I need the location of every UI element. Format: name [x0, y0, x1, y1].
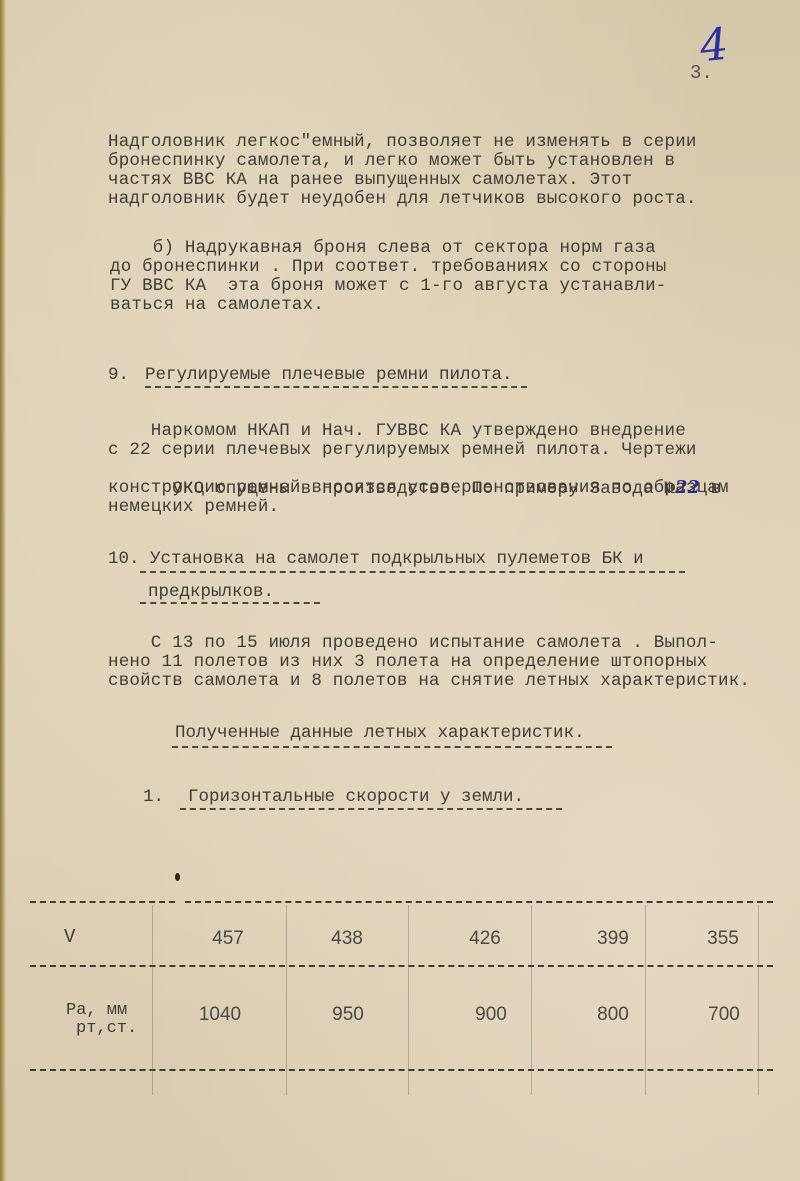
- column-divider: [152, 905, 153, 1095]
- section-title-line: предкрылков.: [148, 583, 274, 602]
- heading-underline: [172, 746, 612, 748]
- row-label-line: рт,ст.: [76, 1020, 137, 1038]
- text-line: ваться на самолетах.: [110, 296, 324, 315]
- table-cell: 950: [288, 1004, 408, 1026]
- text-line: немецких ремней.: [108, 498, 279, 517]
- section-number: 9.: [108, 366, 129, 385]
- table-cell: 700: [664, 1004, 784, 1026]
- typed-page-number: 3.: [690, 62, 713, 84]
- item-number: 1.: [143, 788, 164, 807]
- text-line: конструкцию ремней вносятся усовершенств…: [108, 479, 729, 498]
- text-line: нено 11 полетов из них 3 полета на опред…: [108, 653, 707, 672]
- row-label: V: [64, 928, 75, 946]
- table-cell: 399: [553, 928, 673, 950]
- text-line: ГУ ВВС КА эта броня может с 1-го августа…: [110, 277, 667, 296]
- text-line: частях ВВС КА на ранее выпущенных самоле…: [108, 171, 632, 190]
- table-top-rule: [30, 901, 175, 903]
- text-line: Надголовник легкос"емный, позволяет не и…: [108, 133, 697, 152]
- results-heading: Полученные данные летных характеристик.: [175, 724, 585, 743]
- table-cell: 457: [168, 928, 288, 950]
- table-mid-rule: [30, 965, 773, 967]
- table-cell: 800: [553, 1004, 673, 1026]
- table-bottom-rule: [30, 1069, 773, 1071]
- column-divider: [408, 905, 409, 1095]
- row-label-line: Pа, мм: [66, 1002, 127, 1020]
- section-title-line: Установка на самолет подкрыльных пулемет…: [150, 550, 644, 569]
- text-line: до бронеспинки . При соответ. требования…: [110, 258, 667, 277]
- table-cell: 900: [431, 1004, 551, 1026]
- title-underline: [140, 571, 685, 573]
- table-top-rule: [185, 901, 773, 903]
- table-cell: 1040: [160, 1004, 280, 1026]
- table-cell: 438: [287, 928, 407, 950]
- ink-speck: [175, 873, 180, 881]
- text-line: б) Надрукавная броня слева от сектора но…: [110, 239, 656, 258]
- item-title: Горизонтальные скорости у земли.: [188, 788, 524, 807]
- title-underline: [145, 386, 527, 388]
- text-line: С 13 по 15 июля проведено испытание само…: [108, 634, 718, 653]
- text-line: с 22 серии плечевых регулируемых ремней …: [108, 441, 697, 460]
- section-number: 10.: [108, 550, 140, 569]
- document-page: 4 3. Надголовник легкос"емный, позволяет…: [0, 0, 800, 1181]
- text-line: свойств самолета и 8 полетов на снятие л…: [108, 672, 750, 691]
- table-cell: 426: [425, 928, 545, 950]
- text-line: бронеспинку самолета, и легко может быть…: [108, 152, 675, 171]
- item-underline: [180, 808, 562, 810]
- table-cell: 355: [663, 928, 783, 950]
- section-title: Регулируемые плечевые ремни пилота.: [145, 366, 513, 385]
- title-underline: [140, 602, 320, 604]
- text-line: надголовник будет неудобен для летчиков …: [108, 190, 697, 209]
- text-line: Наркомом НКАП и Нач. ГУВВС КА утверждено…: [108, 422, 686, 441]
